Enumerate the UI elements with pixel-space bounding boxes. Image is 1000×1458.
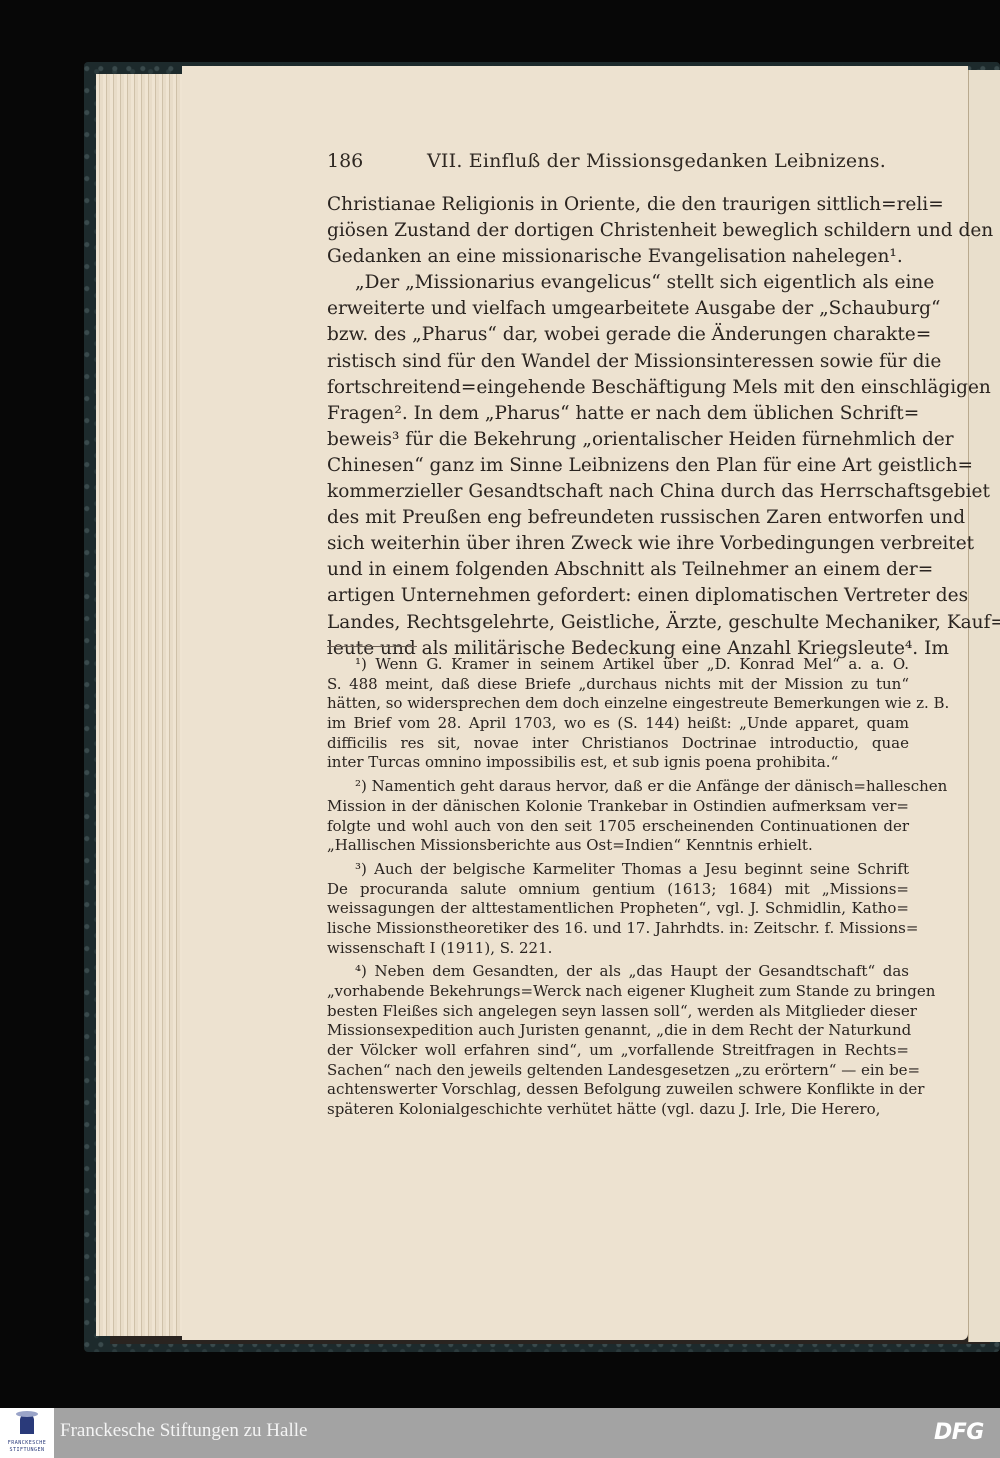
footnote-line: De procuranda salute omnium gentium (161… — [327, 880, 909, 900]
body-text-line: des mit Preußen eng befreundeten russisc… — [327, 505, 909, 531]
footnote-line: lische Missionstheoretiker des 16. und 1… — [327, 919, 909, 939]
footnote-line: ³) Auch der belgische Karmeliter Thomas … — [327, 860, 909, 880]
footnote-1: ¹) Wenn G. Kramer in seinem Artikel über… — [327, 655, 909, 773]
footnote-line: ⁴) Neben dem Gesandten, der als „das Hau… — [327, 962, 909, 982]
body-text-line: Landes, Rechtsgelehrte, Geistliche, Ärzt… — [327, 610, 909, 636]
footnotes: ¹) Wenn G. Kramer in seinem Artikel über… — [327, 655, 909, 1120]
footnote-line: S. 488 meint, daß diese Briefe „durchaus… — [327, 675, 909, 695]
footnote-line: ²) Namentich geht daraus hervor, daß er … — [327, 777, 909, 797]
body-text-line: kommerzieller Gesandtschaft nach China d… — [327, 479, 909, 505]
footnote-line: Mission in der dänischen Kolonie Trankeb… — [327, 797, 909, 817]
main-text: Christianae Religionis in Oriente, die d… — [327, 192, 909, 662]
page-edge-stack — [96, 74, 182, 1336]
footnote-rule — [327, 646, 417, 647]
franckesche-stiftungen-logo[interactable]: FRANCKESCHE STIFTUNGEN — [0, 1408, 54, 1458]
footnote-line: inter Turcas omnino impossibilis est, et… — [327, 753, 909, 773]
body-text-line: erweiterte und vielfach umgearbeitete Au… — [327, 296, 909, 322]
footnote-line: „vorhabende Bekehrungs=Werck nach eigene… — [327, 982, 909, 1002]
footnote-2: ²) Namentich geht daraus hervor, daß er … — [327, 777, 909, 856]
institution-name[interactable]: Franckesche Stiftungen zu Halle — [60, 1420, 307, 1442]
body-text-line: sich weiterhin über ihren Zweck wie ihre… — [327, 531, 909, 557]
footnote-3: ³) Auch der belgische Karmeliter Thomas … — [327, 860, 909, 958]
body-text-line: und in einem folgenden Abschnitt als Tei… — [327, 557, 909, 583]
body-text-line: beweis³ für die Bekehrung „orientalische… — [327, 427, 909, 453]
footnote-line: späteren Kolonialgeschichte verhütet hät… — [327, 1100, 909, 1120]
footnote-line: hätten, so widersprechen dem doch einzel… — [327, 694, 909, 714]
logo-text-1: FRANCKESCHE — [0, 1440, 54, 1446]
footnote-line: im Brief vom 28. April 1703, wo es (S. 1… — [327, 714, 909, 734]
footnote-line: folgte und wohl auch von den seit 1705 e… — [327, 817, 909, 837]
body-text-line: fortschreitend=eingehende Beschäftigung … — [327, 375, 909, 401]
facing-page-edge — [968, 70, 1000, 1342]
body-text-line: bzw. des „Pharus“ dar, wobei gerade die … — [327, 322, 909, 348]
footnote-line: „Hallischen Missionsberichte aus Ost=Ind… — [327, 836, 909, 856]
dfg-logo[interactable]: DFG — [934, 1420, 984, 1445]
body-text-line: Chinesen“ ganz im Sinne Leibnizens den P… — [327, 453, 909, 479]
footnote-line: achtenswerter Vorschlag, dessen Befolgun… — [327, 1080, 909, 1100]
footnote-line: der Völcker woll erfahren sind“, um „vor… — [327, 1041, 909, 1061]
footnote-line: difficilis res sit, novae inter Christia… — [327, 734, 909, 754]
footnote-line: besten Fleißes sich angelegen seyn lasse… — [327, 1002, 909, 1022]
body-text-line: Gedanken an eine missionarische Evangeli… — [327, 244, 909, 270]
footnote-4: ⁴) Neben dem Gesandten, der als „das Hau… — [327, 962, 909, 1120]
body-text-line: „Der „Missionarius evangelicus“ stellt s… — [327, 270, 909, 296]
footnote-line: wissenschaft I (1911), S. 221. — [327, 939, 909, 959]
footnote-line: weissagungen der alttestamentlichen Prop… — [327, 899, 909, 919]
footnote-line: Missionsexpedition auch Juristen genannt… — [327, 1021, 909, 1041]
footnote-line: Sachen“ nach den jeweils geltenden Lande… — [327, 1061, 909, 1081]
running-head: VII. Einfluß der Missionsgedanken Leibni… — [427, 150, 886, 172]
body-text-line: artigen Unternehmen gefordert: einen dip… — [327, 583, 909, 609]
body-text-line: giösen Zustand der dortigen Christenheit… — [327, 218, 909, 244]
body-text-line: Fragen². In dem „Pharus“ hatte er nach d… — [327, 401, 909, 427]
page-number: 186 — [327, 150, 363, 172]
logo-figure-icon — [20, 1414, 34, 1434]
logo-text-2: STIFTUNGEN — [0, 1447, 54, 1453]
footnote-line: ¹) Wenn G. Kramer in seinem Artikel über… — [327, 655, 909, 675]
body-text-line: Christianae Religionis in Oriente, die d… — [327, 192, 909, 218]
body-text-line: ristisch sind für den Wandel der Mission… — [327, 349, 909, 375]
